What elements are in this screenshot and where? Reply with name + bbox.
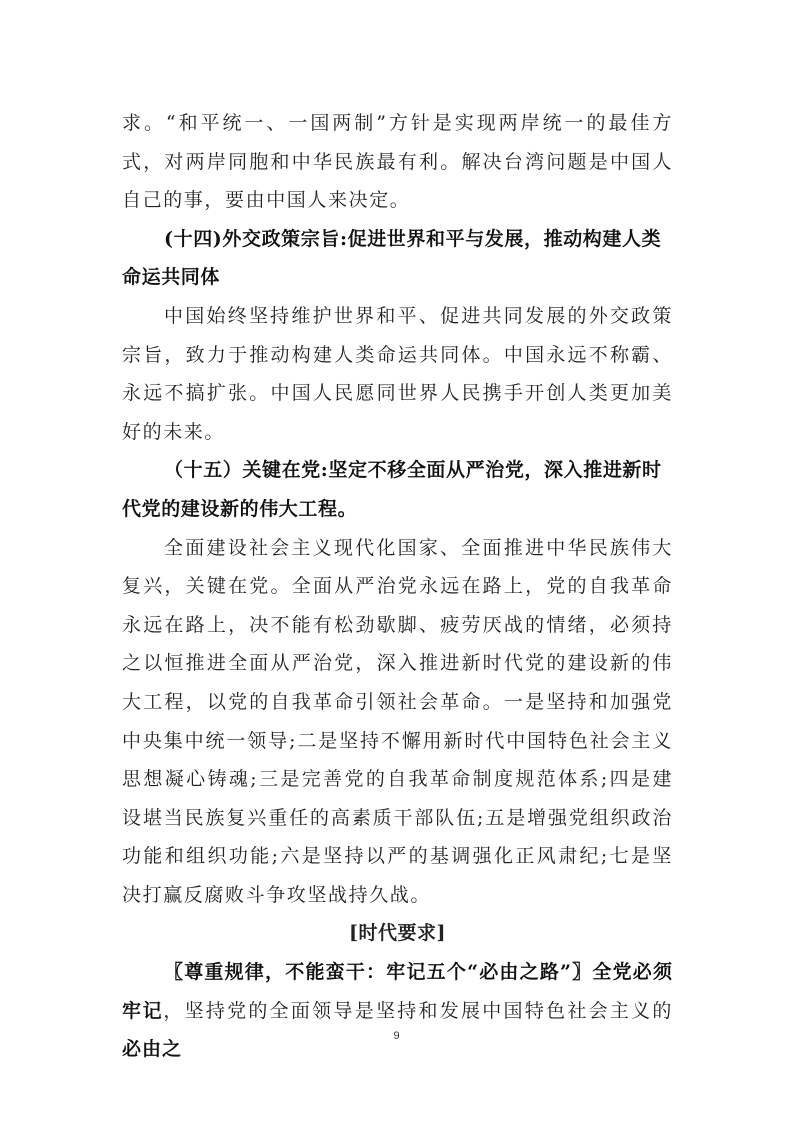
paragraph-five-must-paths: 〖尊重规律，不能蛮干：牢记五个“必由之路”〗全党必须牢记，坚持党的全面领导是坚持… — [122, 953, 673, 1069]
normal-text: ，坚持党的全面领导是坚持和发展中国特色社会主义的 — [163, 1000, 673, 1022]
heading-section-14: (十四)外交政策宗旨:促进世界和平与发展，推动构建人类命运共同体 — [122, 220, 673, 297]
page-number: 9 — [0, 1030, 793, 1042]
paragraph-taiwan-policy: 求。“和平统一、一国两制”方针是实现两岸统一的最佳方式，对两岸同胞和中华民族最有… — [122, 104, 673, 220]
paragraph-party-building: 全面建设社会主义现代化国家、全面推进中华民族伟大复兴，关键在党。全面从严治党永远… — [122, 529, 673, 915]
section-title-era-requirements: [时代要求] — [122, 914, 673, 953]
document-page: 求。“和平统一、一国两制”方针是实现两岸统一的最佳方式，对两岸同胞和中华民族最有… — [122, 104, 673, 1069]
heading-section-15: （十五）关键在党:坚定不移全面从严治党，深入推进新时代党的建设新的伟大工程。 — [122, 451, 673, 528]
paragraph-foreign-policy: 中国始终坚持维护世界和平、促进共同发展的外交政策宗旨，致力于推动构建人类命运共同… — [122, 297, 673, 451]
